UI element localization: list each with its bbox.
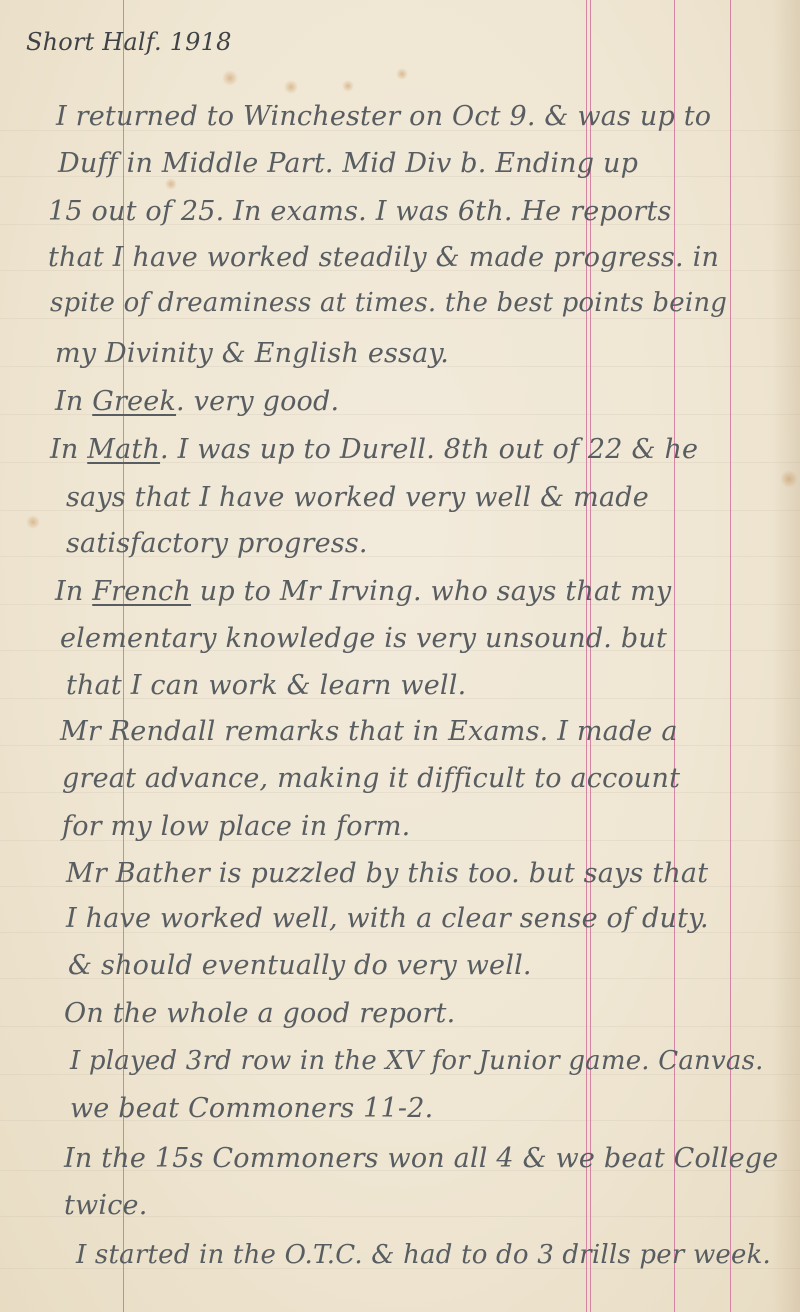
subject-french: French bbox=[92, 576, 191, 607]
paper-stain bbox=[165, 178, 177, 190]
diary-line-23: In the 15s Commoners won all 4 & we beat… bbox=[64, 1145, 778, 1172]
diary-line-12: elementary knowledge is very unsound. bu… bbox=[60, 625, 667, 652]
diary-line-10: satisfactory progress. bbox=[66, 530, 368, 557]
subject-math: Math bbox=[87, 434, 160, 465]
diary-line-17: Mr Bather is puzzled by this too. but sa… bbox=[66, 860, 708, 887]
diary-line-11: In French up to Mr Irving. who says that… bbox=[55, 578, 671, 605]
diary-line-25: I started in the O.T.C. & had to do 3 dr… bbox=[76, 1242, 771, 1268]
diary-line-4: that I have worked steadily & made progr… bbox=[48, 244, 719, 271]
diary-line-22: we beat Commoners 11-2. bbox=[70, 1095, 433, 1122]
diary-line-6: my Divinity & English essay. bbox=[55, 340, 449, 367]
diary-line-8: In Math. I was up to Durell. 8th out of … bbox=[50, 436, 698, 463]
diary-line-16: for my low place in form. bbox=[62, 813, 410, 840]
column-rule bbox=[730, 0, 731, 1312]
column-rule bbox=[674, 0, 675, 1312]
paper-stain bbox=[780, 470, 798, 488]
diary-line-15: great advance, making it difficult to ac… bbox=[62, 765, 680, 792]
math-suffix: . I was up to Durell. 8th out of 22 & he bbox=[160, 434, 698, 465]
greek-suffix: . very good. bbox=[176, 386, 339, 417]
french-prefix: In bbox=[55, 576, 92, 607]
diary-line-5: spite of dreaminess at times. the best p… bbox=[50, 290, 727, 316]
diary-line-3: 15 out of 25. In exams. I was 6th. He re… bbox=[48, 198, 672, 225]
diary-line-21: I played 3rd row in the XV for Junior ga… bbox=[70, 1048, 764, 1074]
paper-stain bbox=[396, 68, 408, 80]
diary-line-1: I returned to Winchester on Oct 9. & was… bbox=[56, 103, 711, 130]
subject-greek: Greek bbox=[92, 386, 176, 417]
diary-line-9: says that I have worked very well & made bbox=[66, 484, 649, 511]
diary-line-13: that I can work & learn well. bbox=[66, 672, 466, 699]
diary-line-18: I have worked well, with a clear sense o… bbox=[66, 905, 709, 932]
paper-stain bbox=[26, 515, 40, 529]
page-title: Short Half. 1918 bbox=[26, 30, 232, 54]
diary-line-7: In Greek. very good. bbox=[55, 388, 339, 415]
paper-stain bbox=[222, 70, 238, 86]
diary-page: Short Half. 1918 I returned to Wincheste… bbox=[0, 0, 800, 1312]
paper-stain bbox=[342, 80, 354, 92]
greek-prefix: In bbox=[55, 386, 92, 417]
french-suffix: up to Mr Irving. who says that my bbox=[191, 576, 671, 607]
diary-line-2: Duff in Middle Part. Mid Div b. Ending u… bbox=[58, 150, 638, 177]
math-prefix: In bbox=[50, 434, 87, 465]
diary-line-19: & should eventually do very well. bbox=[68, 952, 532, 979]
paper-stain bbox=[284, 80, 298, 94]
diary-line-20: On the whole a good report. bbox=[64, 1000, 455, 1027]
diary-line-14: Mr Rendall remarks that in Exams. I made… bbox=[60, 718, 678, 745]
diary-line-24: twice. bbox=[64, 1192, 147, 1219]
horizontal-rule bbox=[0, 318, 800, 319]
